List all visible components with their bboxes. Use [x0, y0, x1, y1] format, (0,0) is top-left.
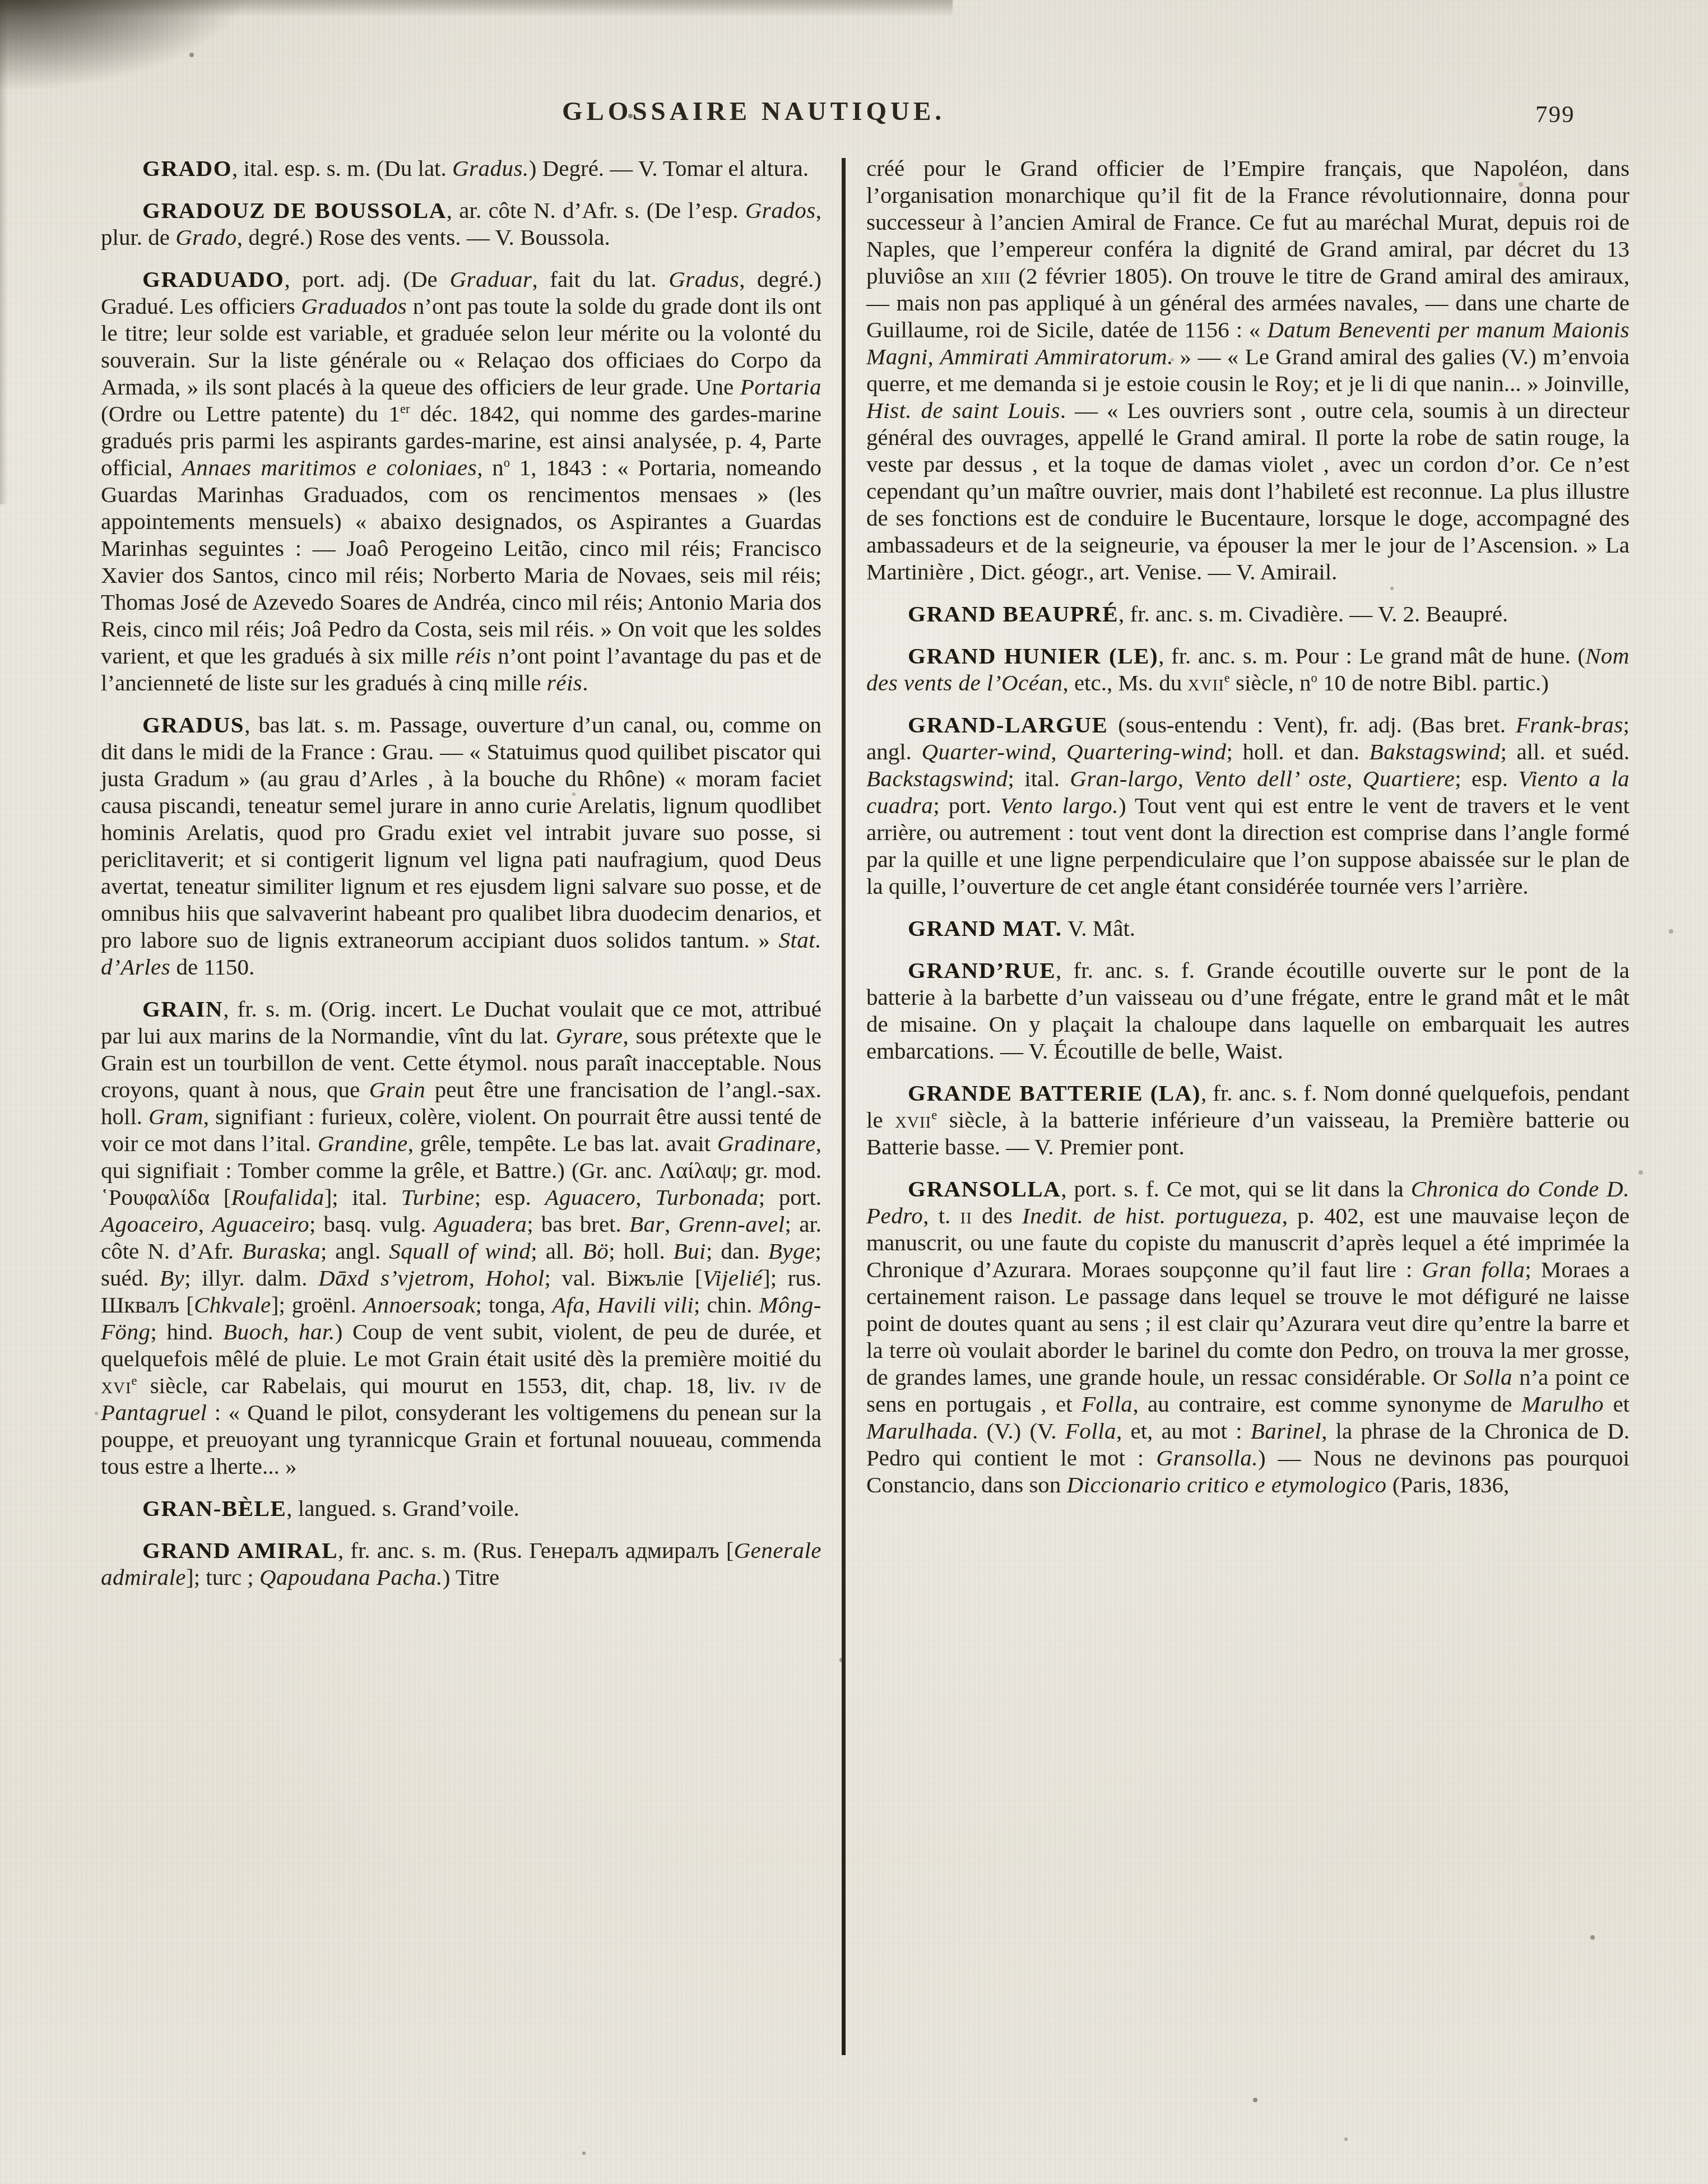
scan-left-edge-shadow: [0, 0, 8, 504]
page-title: GLOSSAIRE NAUTIQUE.: [101, 96, 1407, 127]
entry-grand-hunier: GRAND HUNIER (LE), fr. anc. s. m. Pour :…: [866, 642, 1630, 696]
entry-gransolla: GRANSOLLA, port. s. f. Ce mot, qui se li…: [866, 1175, 1630, 1498]
entry-grado: GRADO, ital. esp. s. m. (Du lat. Gradus.…: [101, 155, 821, 182]
scan-corner-shadow: [0, 0, 263, 95]
right-column: créé pour le Grand officier de l’Empire …: [866, 155, 1630, 1498]
scanned-book-page: GLOSSAIRE NAUTIQUE. 799 GRADO, ital. esp…: [0, 0, 1708, 2184]
left-column: GRADO, ital. esp. s. m. (Du lat. Gradus.…: [101, 155, 821, 1591]
entry-grande-batterie: GRANDE BATTERIE (LA), fr. anc. s. f. Nom…: [866, 1079, 1630, 1160]
entry-gradouz-de-boussola: GRADOUZ DE BOUSSOLA, ar. côte N. d’Afr. …: [101, 197, 821, 251]
entry-grand-rue: GRAND’RUE, fr. anc. s. f. Grande écoutil…: [866, 957, 1630, 1064]
column-divider-rule: [842, 158, 846, 2055]
scan-top-edge-shadow: [0, 0, 953, 17]
entry-graduado: GRADUADO, port. adj. (De Graduar, fait d…: [101, 266, 821, 696]
entry-grain: GRAIN, fr. s. m. (Orig. incert. Le Ducha…: [101, 995, 821, 1480]
entry-grand-largue: GRAND-LARGUE (sous-entendu : Vent), fr. …: [866, 711, 1630, 899]
entry-grand-amiral-continuation: créé pour le Grand officier de l’Empire …: [866, 155, 1630, 585]
entry-gran-bele: GRAN-BÈLE, langued. s. Grand’voile.: [101, 1495, 821, 1522]
entry-grand-beaupre: GRAND BEAUPRÉ, fr. anc. s. m. Civadière.…: [866, 600, 1630, 627]
entry-grand-amiral: GRAND AMIRAL, fr. anc. s. m. (Rus. Генер…: [101, 1537, 821, 1591]
entry-gradus: GRADUS, bas lat. s. m. Passage, ouvertur…: [101, 711, 821, 980]
page-number: 799: [1535, 101, 1647, 128]
paper-specks: [0, 0, 2, 2]
entry-grand-mat: GRAND MAT. V. Mât.: [866, 915, 1630, 942]
